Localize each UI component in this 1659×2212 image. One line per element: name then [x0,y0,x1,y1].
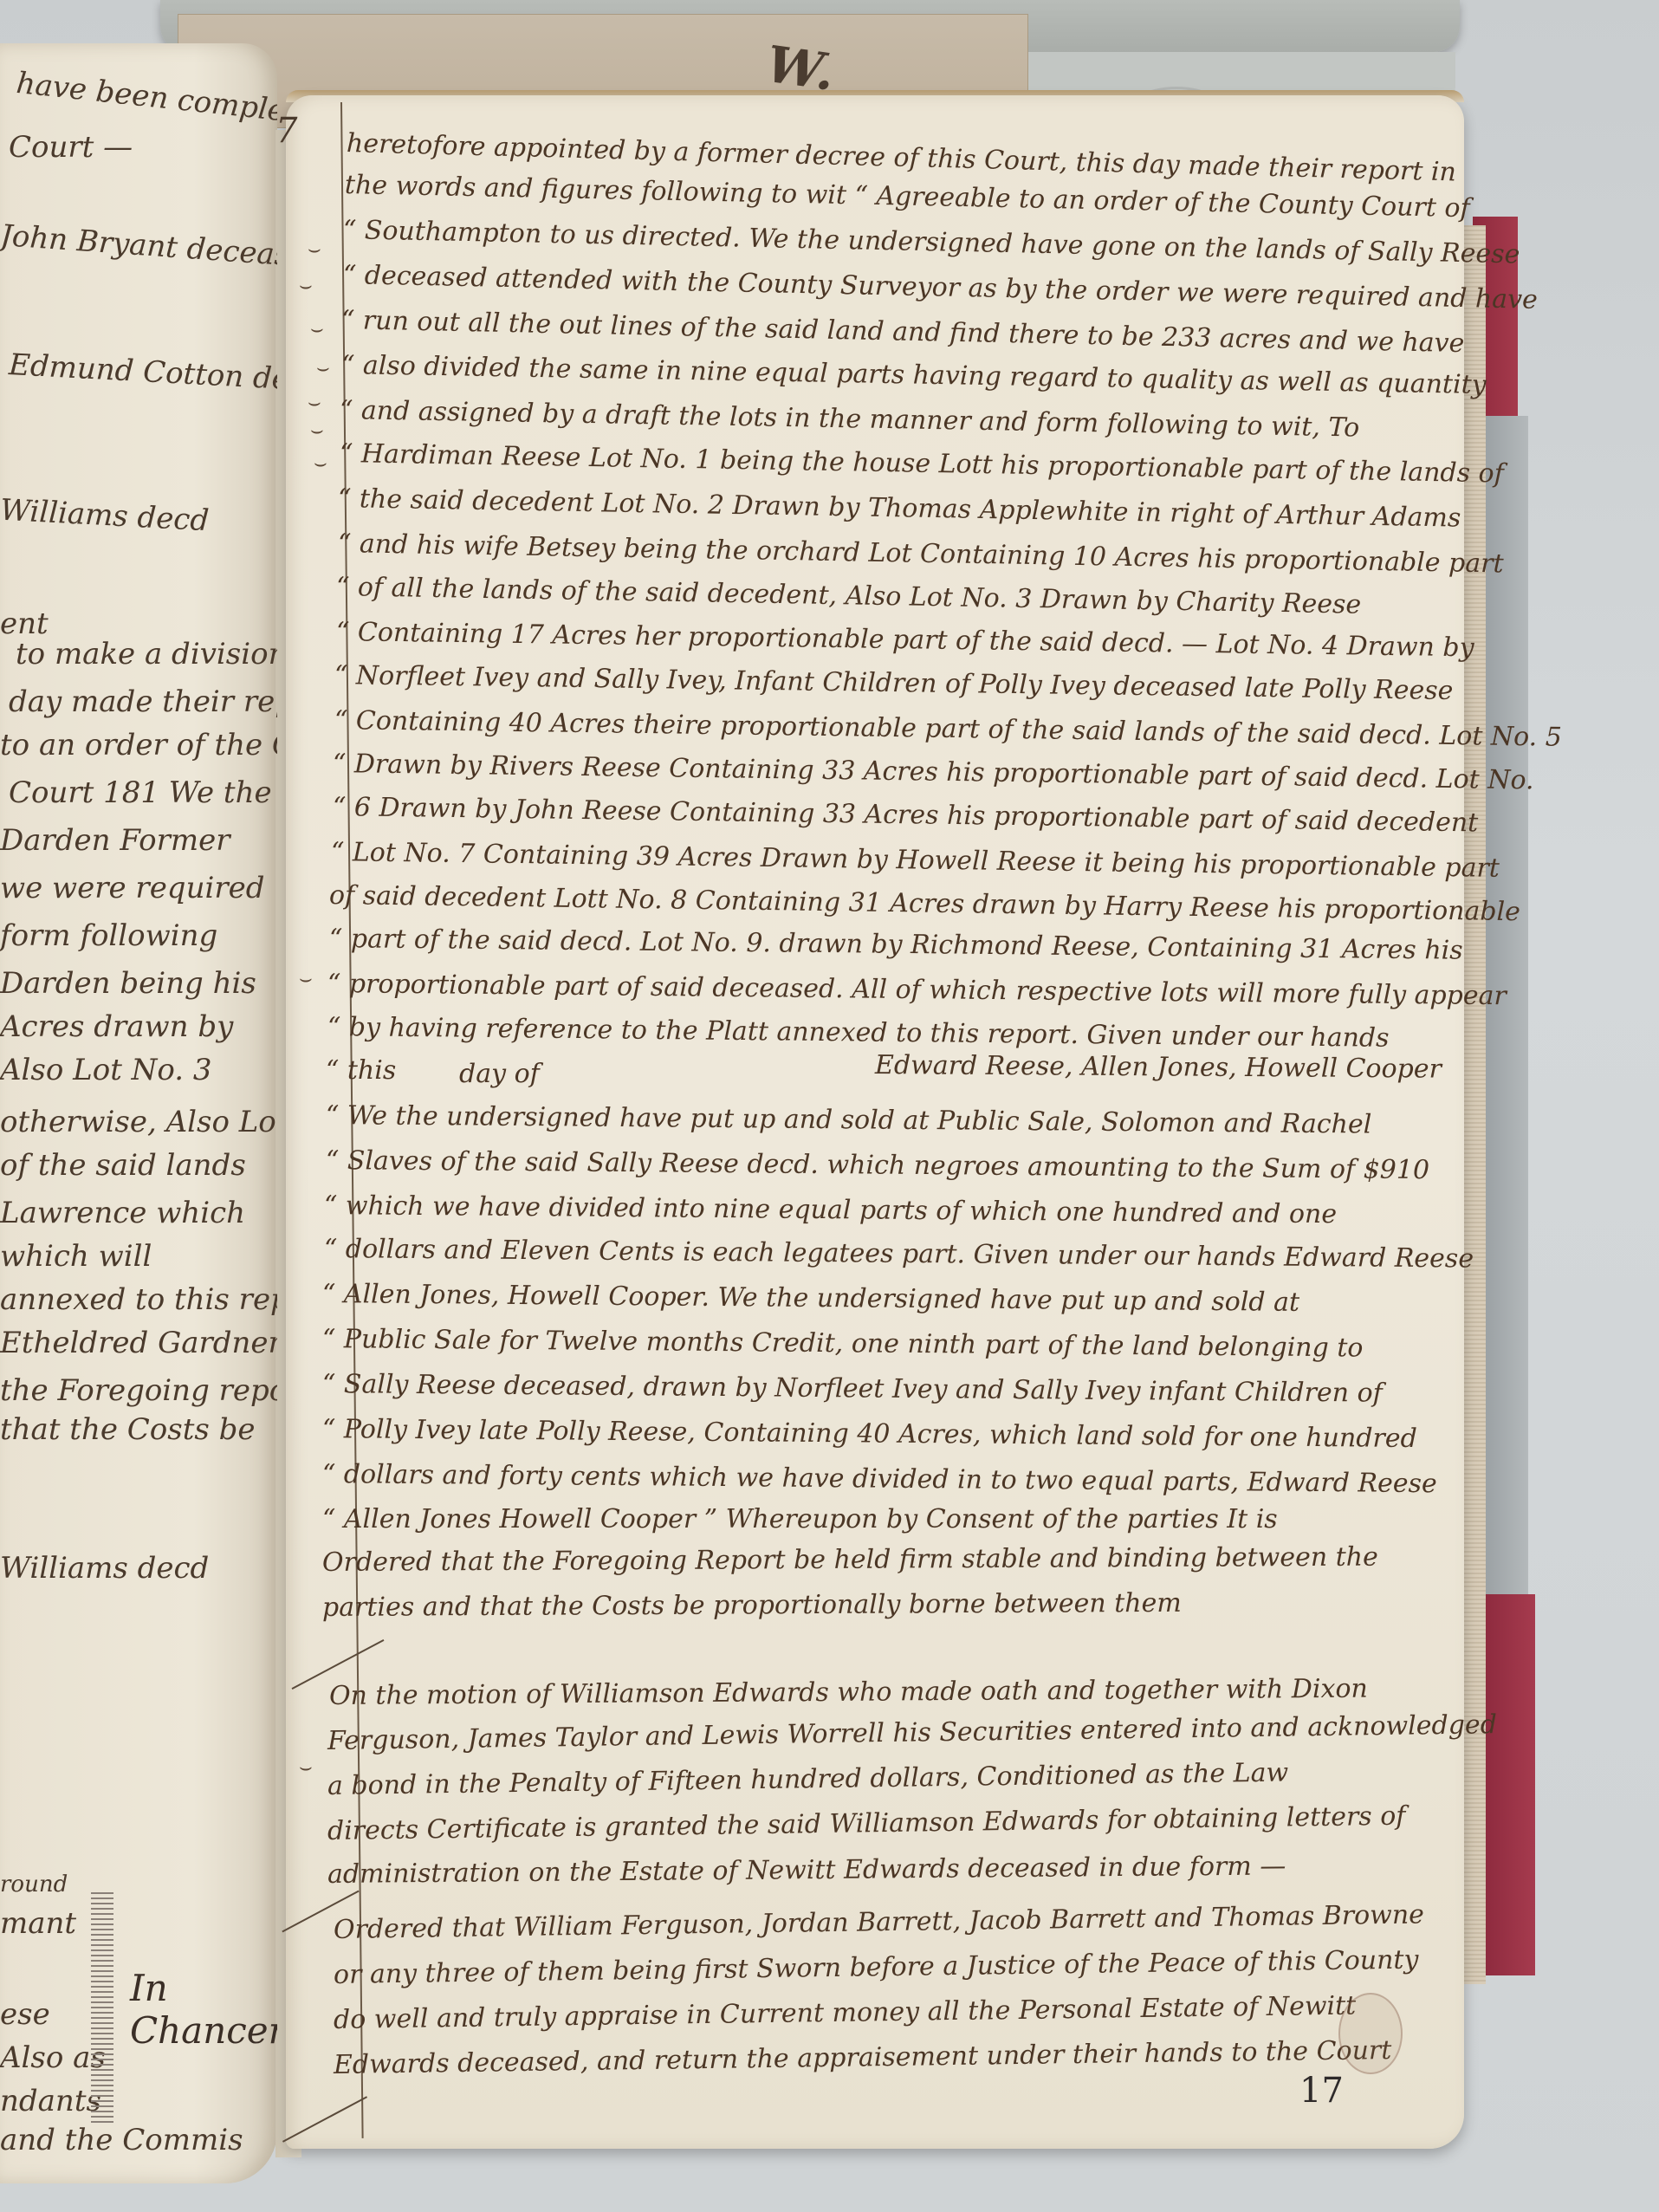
left-line: otherwise, Also Lot No [0,1105,277,1139]
left-line: to an order of the Co [0,728,277,762]
left-line: Williams decd [0,493,210,539]
left-line: Also Lot No. 3 [0,1053,212,1087]
left-line: Etheldred Gardner [0,1326,277,1360]
left-line: that the Costs be [0,1412,256,1447]
left-line: form following [0,918,217,953]
left-line: Also as [0,2040,106,2075]
ink-stain [1338,1993,1403,2074]
entry-line: “ Allen Jones Howell Cooper ” Whereupon … [322,1504,1278,1534]
entry-line: parties and that the Costs be proportion… [322,1588,1182,1623]
left-line: mant [0,1906,76,1941]
margin-mark: 7 [275,111,297,151]
date-blank: day of [459,1059,540,1089]
margin-tick: ⌣ [316,355,330,379]
left-line: Lawrence which [0,1196,245,1230]
margin-tick: ⌣ [308,390,321,414]
left-line: we were required [0,871,265,905]
margin-tick: ⌣ [299,273,313,297]
left-line: Darden Former [0,823,230,858]
left-line: annexed to this report [0,1282,277,1317]
margin-tick: ⌣ [310,316,324,341]
left-line: Acres drawn by [0,1009,233,1044]
date-prefix: “ this [326,1055,396,1086]
left-line: ese [0,1997,50,2032]
left-line: Darden being his [0,966,256,1001]
left-line: of the said lands [0,1148,246,1183]
margin-tick: ⌣ [299,1755,313,1779]
left-line: to make a division [16,637,277,671]
left-line: Court 181 We the [9,775,272,810]
margin-tick: ⌣ [310,418,324,442]
left-page-text: have been completed Court — John Bryant … [0,0,277,2212]
left-line: the Foregoing report [0,1373,277,1408]
left-line: Edmund Cotton dec [8,347,277,398]
left-line: round [0,1871,68,1897]
margin-tick: ⌣ [314,451,327,475]
left-line: day made their rep [9,684,277,719]
left-line: have been completed [15,66,277,133]
left-line: and the Commis [0,2123,243,2157]
entry-line: Ordered that the Foregoing Report be hel… [322,1542,1378,1578]
page-number: 17 [1299,2071,1344,2111]
in-chancery-heading: In Chancery [130,1967,277,2052]
margin-tick: ⌣ [299,966,313,990]
left-line: which will [0,1239,152,1274]
left-line: John Bryant deceased [0,218,277,276]
margin-tick: ⌣ [308,237,321,261]
left-line: ent [0,607,49,641]
left-line: Court — [9,130,133,165]
signatures: Edward Reese, Allen Jones, Howell Cooper [875,1050,1442,1085]
brace-bracket [91,1889,113,2123]
cover-corner-red-bottom [1483,1594,1535,1975]
left-line: Williams decd [0,1551,209,1586]
left-line: ndants [0,2084,101,2118]
